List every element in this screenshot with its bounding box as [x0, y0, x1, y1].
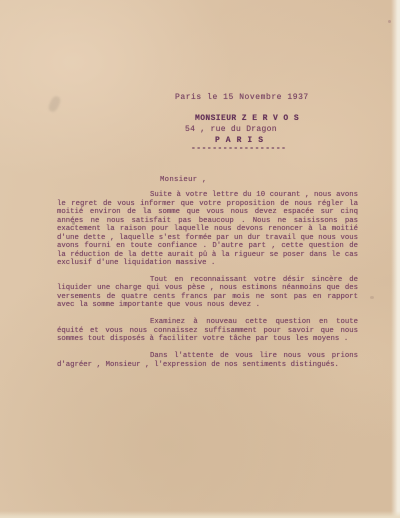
paper-speckle: [370, 296, 374, 299]
paper-edge-right: [391, 0, 400, 518]
paper-speckle: [388, 20, 391, 23]
recipient-underline: ------------------: [191, 143, 305, 154]
recipient-name: MONSIEUR Z E R V O S: [195, 113, 305, 124]
recipient-address-block: MONSIEUR Z E R V O S 54 , rue du Dragon …: [185, 113, 305, 154]
salutation: Monsieur ,: [160, 176, 358, 184]
letter-body: Monsieur , Suite à votre lettre du 10 co…: [57, 176, 358, 369]
paragraph-1: Suite à votre lettre du 10 courant , nou…: [57, 191, 358, 267]
date-line: Paris le 15 Novembre 1937: [175, 93, 309, 102]
closing-paragraph: Dans l'attente de vous lire nous vous pr…: [57, 352, 358, 369]
paper-edge-bottom: [0, 511, 400, 518]
paragraph-3: Examinez à nouveau cette question en tou…: [57, 318, 358, 343]
scanned-letter: Paris le 15 Novembre 1937 MONSIEUR Z E R…: [0, 0, 400, 518]
recipient-street: 54 , rue du Dragon: [185, 124, 305, 135]
paragraph-2: Tout en reconnaissant votre désir sincèr…: [57, 276, 358, 310]
